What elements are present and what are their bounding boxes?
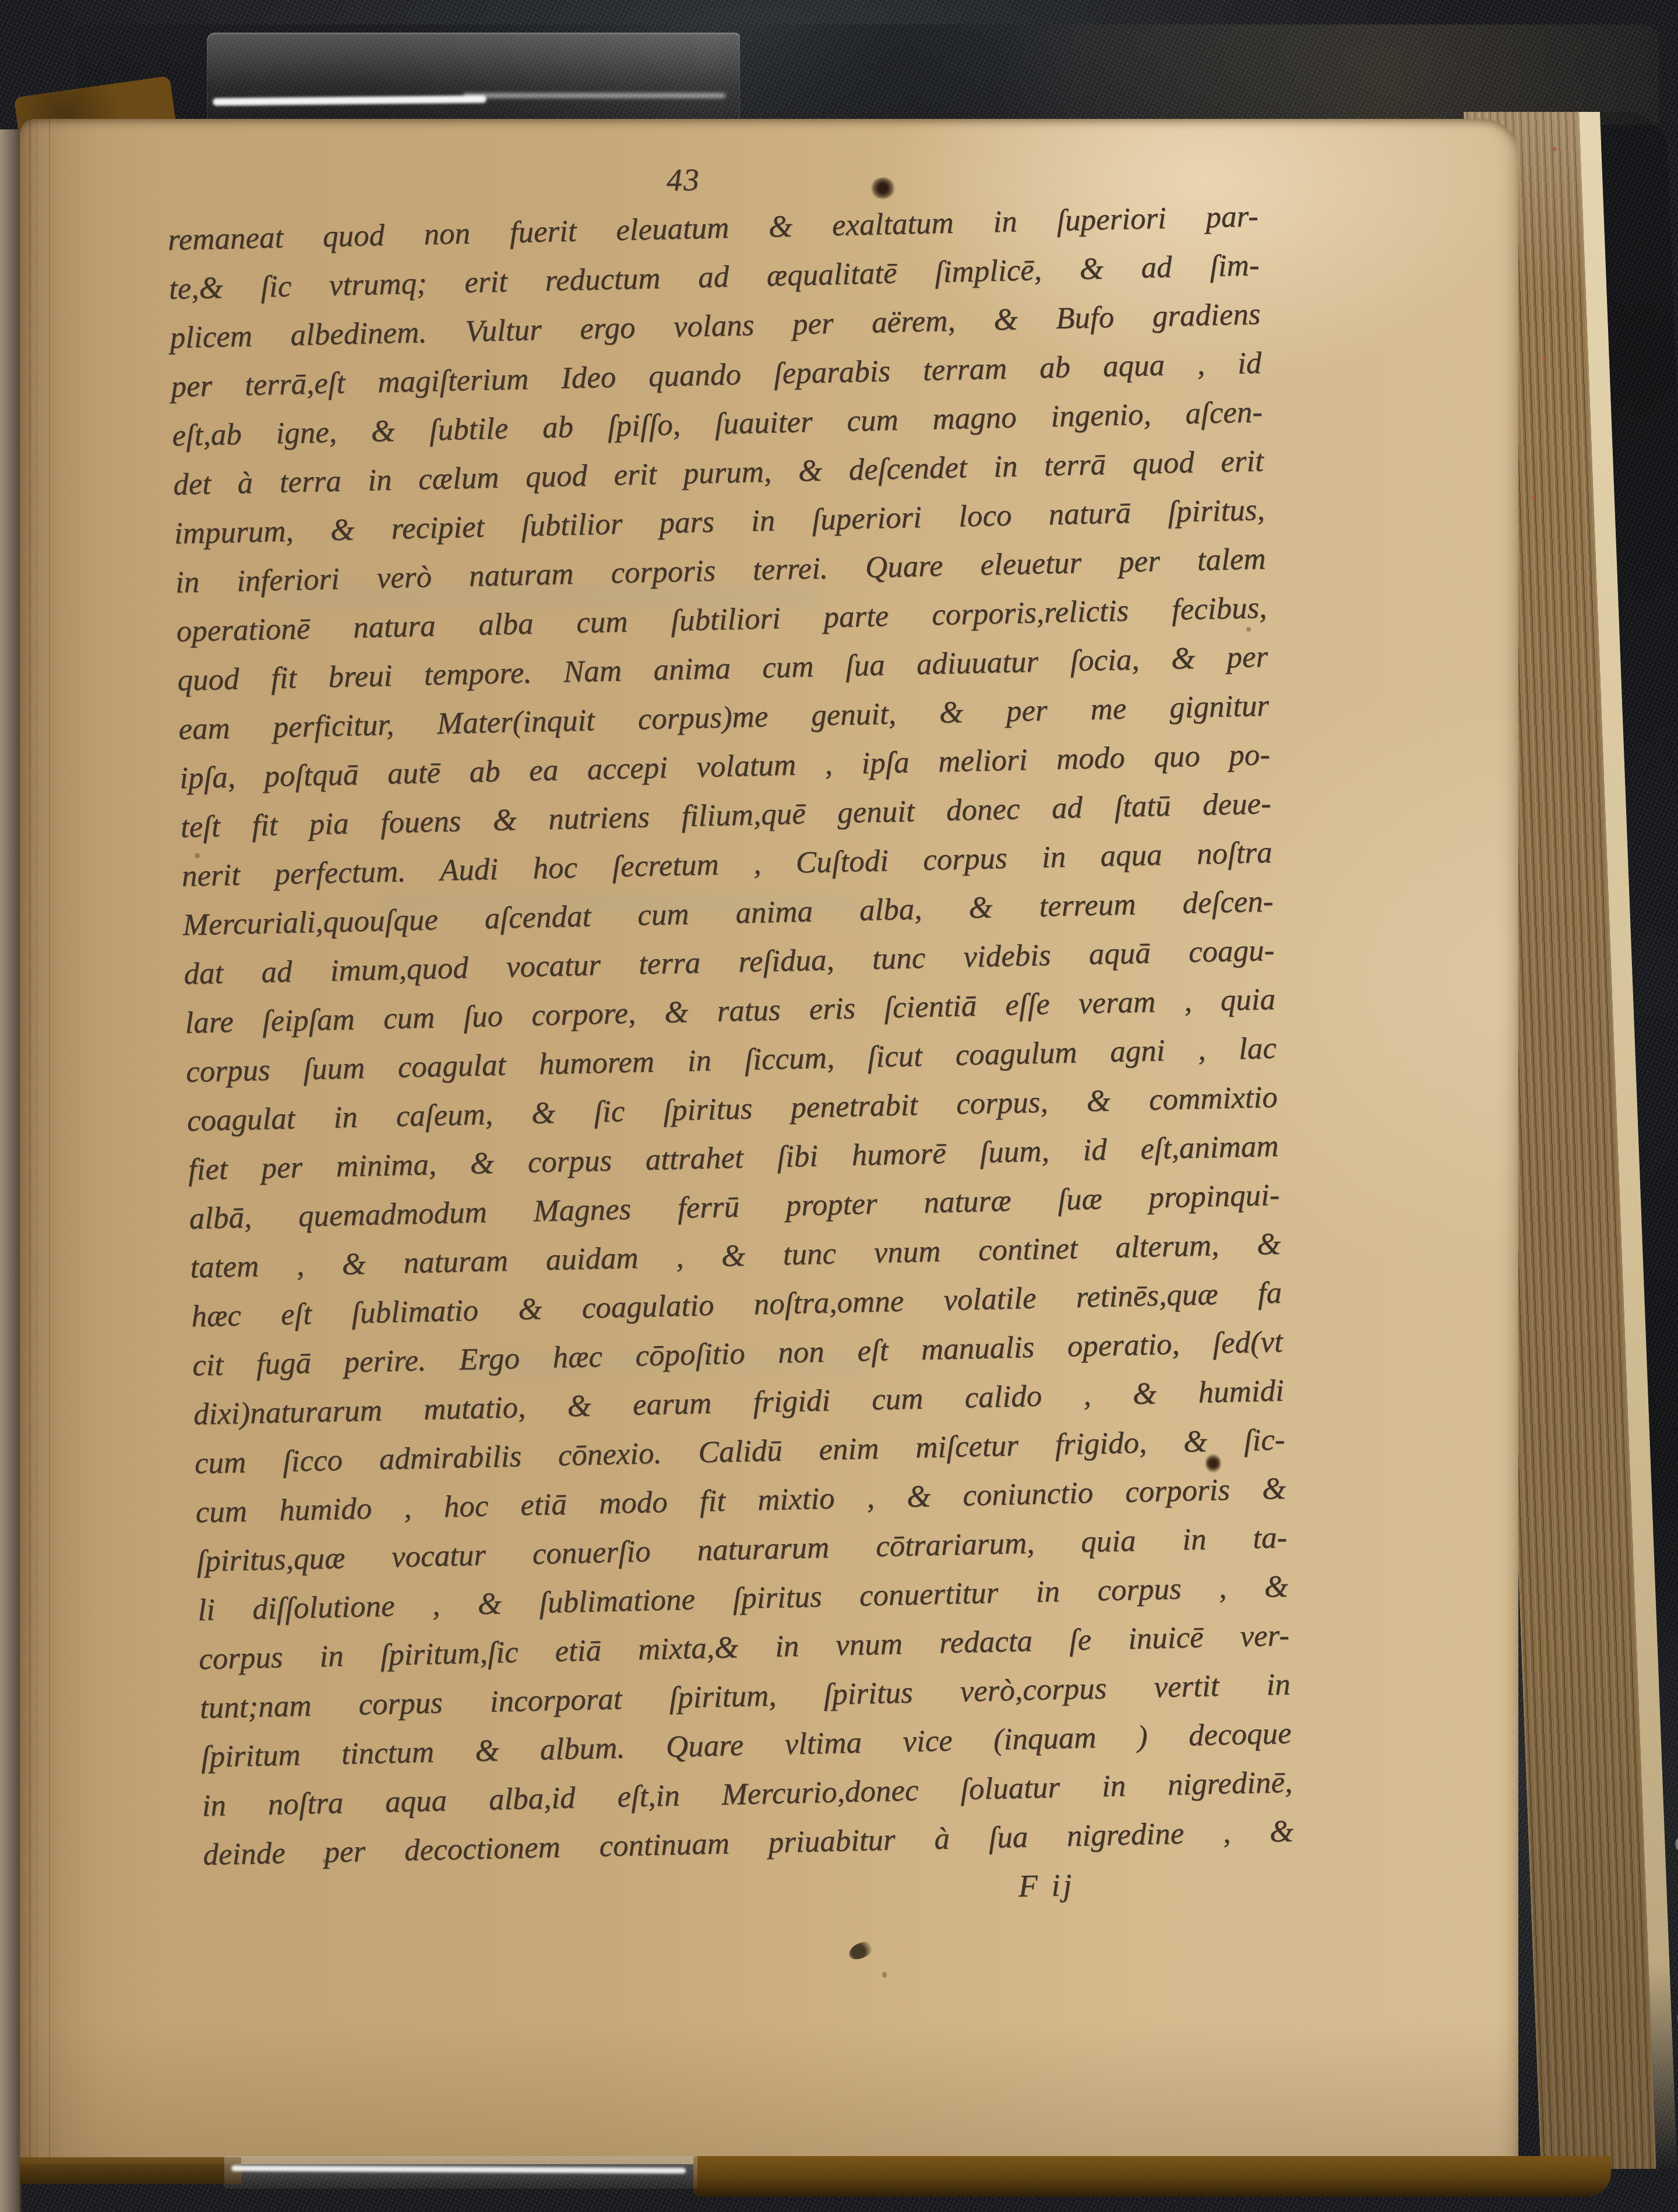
worn-paper-flake (1675, 1837, 1678, 1852)
protective-film-top (207, 33, 740, 125)
book-cover-bottom-edge-left (20, 2157, 241, 2184)
film-glare-highlight (463, 93, 725, 98)
film-glare-highlight (231, 2165, 686, 2174)
book-page: 43 remaneat quod non fuerit eleuatum & e… (20, 119, 1518, 2164)
film-glare-highlight (213, 96, 487, 106)
scan-background-cloth: 43 remaneat quod non fuerit eleuatum & e… (0, 0, 1678, 2212)
fore-edge-fleck (1543, 357, 1546, 361)
small-ink-mark (847, 1939, 875, 1961)
protective-film-left-edge (0, 129, 22, 2212)
protective-film-bottom (224, 2156, 697, 2189)
book-cover-bottom-edge (693, 2156, 1611, 2197)
fore-edge-fleck (1532, 496, 1535, 500)
printed-text-block: 43 remaneat quod non fuerit eleuatum & e… (166, 143, 1295, 1928)
gutter-crease-lines (29, 119, 50, 2164)
body-text: remaneat quod non fuerit eleuatum & exal… (167, 192, 1294, 1879)
paper-speck (882, 1972, 887, 1978)
fore-edge-fleck (1552, 147, 1556, 151)
